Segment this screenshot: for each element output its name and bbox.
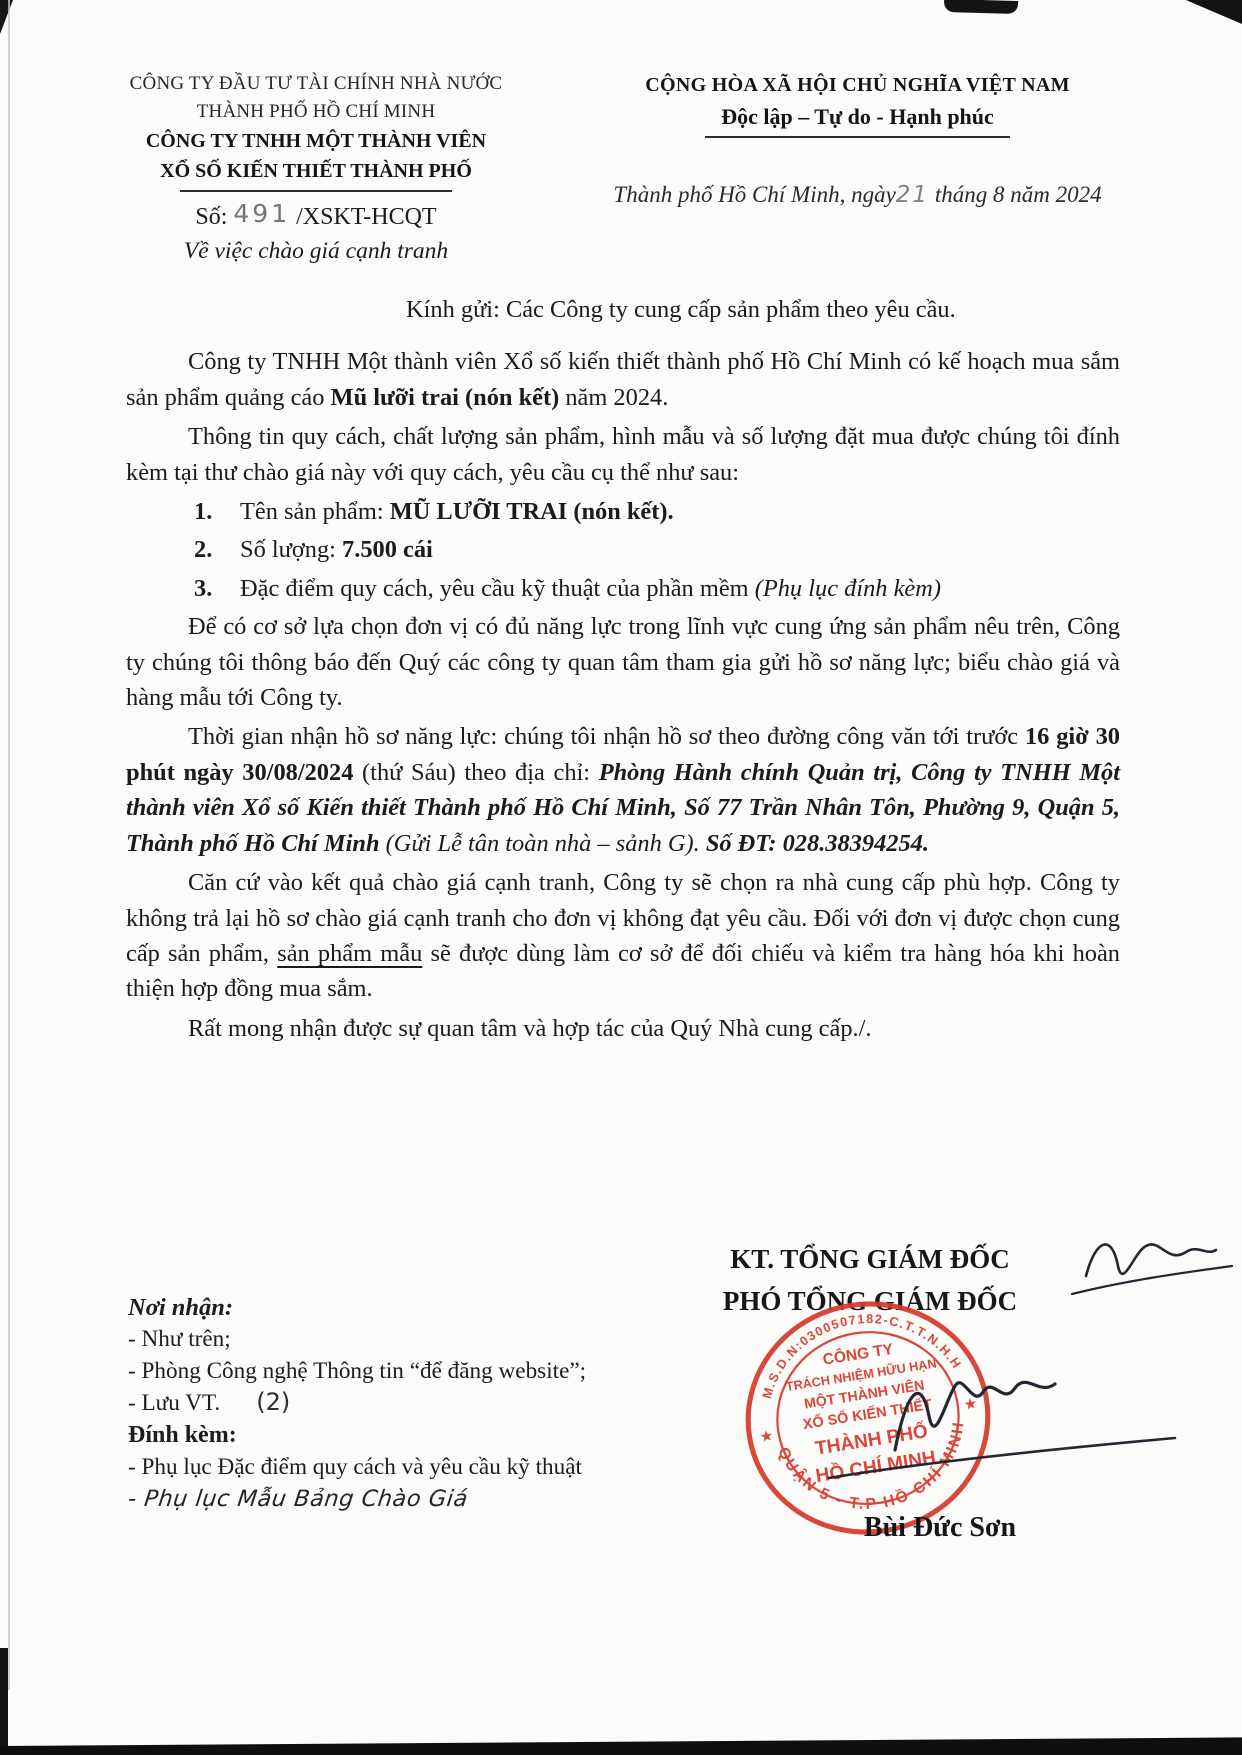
list-item-product-name: 1.Tên sản phẩm: MŨ LƯỠI TRAI (nón kết). xyxy=(194,494,1120,529)
issuer-block: CÔNG TY ĐẦU TƯ TÀI CHÍNH NHÀ NƯỚC THÀNH … xyxy=(90,70,542,265)
issuer-divider xyxy=(180,190,452,192)
p4-intro: Thời gian nhận hồ sơ năng lực: chúng tôi… xyxy=(188,723,1025,750)
document-subject: Về việc chào giá cạnh tranh xyxy=(90,238,542,265)
p1-tail: năm 2024. xyxy=(559,384,668,411)
scanned-letter-page: CÔNG TY ĐẦU TƯ TÀI CHÍNH NHÀ NƯỚC THÀNH … xyxy=(0,0,1242,1755)
letter-body: Kính gửi: Các Công ty cung cấp sản phẩm … xyxy=(126,292,1120,1050)
signature-initial-flourish xyxy=(1068,1222,1238,1308)
item1-label: Tên sản phẩm: xyxy=(240,498,390,525)
recipients-label: Nơi nhận: xyxy=(128,1292,738,1324)
paragraph-plan: Công ty TNHH Một thành viên Xổ số kiến t… xyxy=(126,344,1120,415)
stamp-star-left-icon: ★ xyxy=(759,1428,775,1446)
salutation-line: Kính gửi: Các Công ty cung cấp sản phẩm … xyxy=(406,292,1120,327)
recipient-item-luu-vt: - Lưu VT.(2) xyxy=(128,1387,738,1420)
place-date-suffix: tháng 8 năm 2024 xyxy=(929,182,1102,207)
attachment-item-handwritten: - Phụ lục Mẫu Bảng Chào Giá xyxy=(128,1484,738,1516)
p4-phone-bold-italic: Số ĐT: 028.38394254. xyxy=(706,830,929,857)
recipients-block: Nơi nhận: - Như trên; - Phòng Công nghệ … xyxy=(128,1292,738,1516)
scan-artifact-left-line xyxy=(8,0,10,1690)
issuer-parent-line2: THÀNH PHỐ HỒ CHÍ MINH xyxy=(90,98,542,126)
p5-sample-underlined: sản phẩm mẫu xyxy=(277,940,422,967)
item2-value-bold: 7.500 cái xyxy=(342,536,433,563)
attachments-label: Đính kèm: xyxy=(128,1420,738,1452)
scan-artifact-top-right xyxy=(1186,0,1242,24)
list-number-3: 3. xyxy=(194,571,240,606)
p1-product-bold: Mũ lưỡi trai (nón kết) xyxy=(331,384,560,411)
national-header-block: CỘNG HÒA XÃ HỘI CHỦ NGHĨA VIỆT NAM Độc l… xyxy=(565,74,1150,208)
item3-label: Đặc điểm quy cách, yêu cầu kỹ thuật của … xyxy=(240,575,755,602)
paragraph-closing: Rất mong nhận được sự quan tâm và hợp tá… xyxy=(126,1011,1120,1046)
motto-divider xyxy=(705,136,1010,138)
signer-name: Bùi Đức Sơn xyxy=(790,1512,1090,1544)
recipient-luu-vt-text: - Lưu VT. xyxy=(128,1390,220,1416)
national-motto: Độc lập – Tự do - Hạnh phúc xyxy=(565,104,1150,130)
list-number-2: 2. xyxy=(194,532,240,567)
signature-handwritten xyxy=(815,1350,1187,1488)
place-date-line: Thành phố Hồ Chí Minh, ngày21 tháng 8 nă… xyxy=(565,182,1150,208)
document-number-handwritten: 491 xyxy=(233,199,290,228)
list-item-specs: 3.Đặc điểm quy cách, yêu cầu kỹ thuật củ… xyxy=(194,571,1120,606)
scan-artifact-left-strip xyxy=(0,1648,8,1755)
recipient-item: - Như trên; xyxy=(128,1324,738,1356)
paragraph-specs-intro: Thông tin quy cách, chất lượng sản phẩm,… xyxy=(126,419,1120,490)
scan-artifact-bottom-bar xyxy=(0,1735,1242,1755)
scan-artifact-top-blob xyxy=(944,0,1018,14)
recipient-item: - Phòng Công nghệ Thông tin “để đăng web… xyxy=(128,1356,738,1388)
date-day-handwritten: 21 xyxy=(896,182,929,208)
attachment-item: - Phụ lục Đặc điểm quy cách và yêu cầu k… xyxy=(128,1452,738,1484)
list-number-1: 1. xyxy=(194,494,240,529)
document-number-label: Số: xyxy=(195,204,227,230)
issuer-parent-line1: CÔNG TY ĐẦU TƯ TÀI CHÍNH NHÀ NƯỚC xyxy=(90,70,542,98)
signature-kt-line: KT. TỔNG GIÁM ĐỐC xyxy=(630,1238,1110,1280)
place-date-prefix: Thành phố Hồ Chí Minh, ngày xyxy=(613,182,895,207)
item1-value-bold: MŨ LƯỠI TRAI (nón kết). xyxy=(390,498,674,525)
paragraph-deadline-address: Thời gian nhận hồ sơ năng lực: chúng tôi… xyxy=(126,719,1120,861)
copies-count-handwritten: (2) xyxy=(256,1388,290,1416)
paragraph-selection: Căn cứ vào kết quả chào giá cạnh tranh, … xyxy=(126,865,1120,1007)
paragraph-invitation: Để có cơ sở lựa chọn đơn vị có đủ năng l… xyxy=(126,609,1120,715)
issuer-company-line2: XỔ SỐ KIẾN THIẾT THÀNH PHỐ xyxy=(90,156,542,186)
p4-note-italic: (Gửi Lễ tân toàn nhà – sảnh G). xyxy=(386,830,706,857)
scan-artifact-top-left xyxy=(0,0,13,34)
issuer-company-line1: CÔNG TY TNHH MỘT THÀNH VIÊN xyxy=(90,126,542,156)
document-number-suffix: /XSKT-HCQT xyxy=(296,204,436,230)
attachment-handwritten-text: - Phụ lục Mẫu Bảng Chào Giá xyxy=(126,1484,470,1516)
national-title: CỘNG HÒA XÃ HỘI CHỦ NGHĨA VIỆT NAM xyxy=(565,74,1150,97)
list-item-quantity: 2.Số lượng: 7.500 cái xyxy=(194,532,1120,567)
item3-appendix-italic: (Phụ lục đính kèm) xyxy=(755,575,941,602)
document-number-line: Số: 491 /XSKT-HCQT xyxy=(90,201,542,231)
item2-label: Số lượng: xyxy=(240,536,342,563)
p4-mid: (thứ Sáu) theo địa chỉ: xyxy=(353,759,598,786)
